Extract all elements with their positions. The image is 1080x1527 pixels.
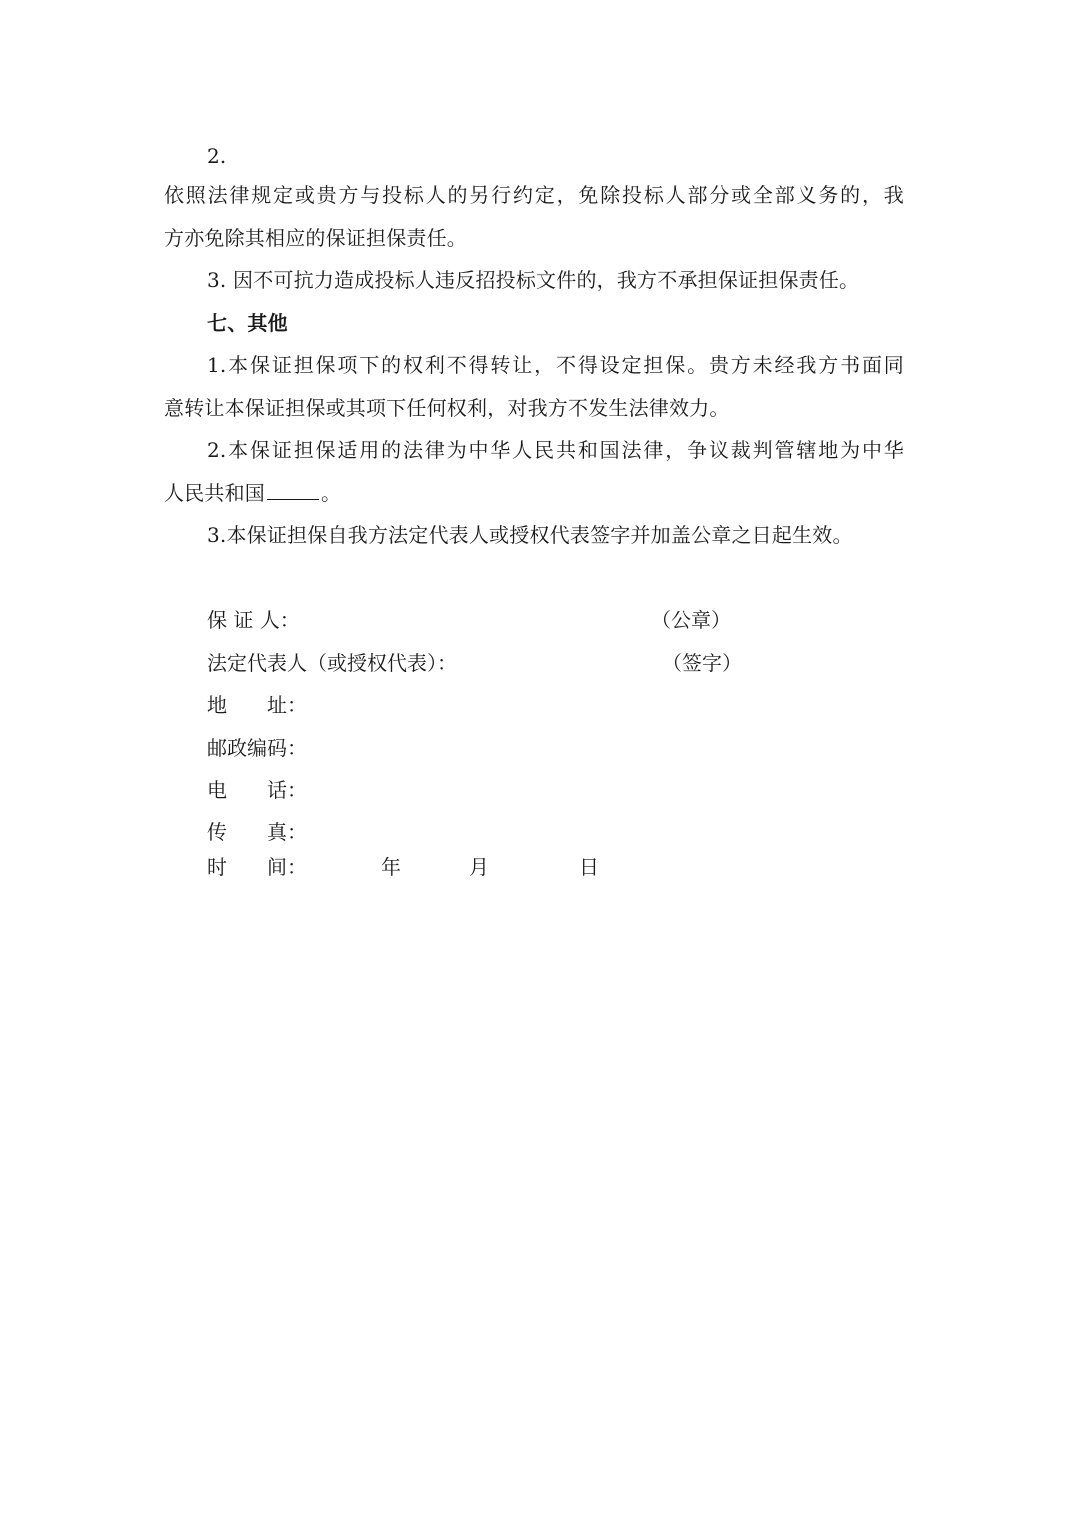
legal-rep-label: 法定代表人（或授权代表）：	[207, 651, 457, 675]
fax-label: 传 真：	[207, 820, 307, 844]
date-label: 时 间：	[207, 855, 307, 879]
paragraph-line: 依照法律规定或贵方与投标人的另行约定，免除投标人部分或全部义务的，我	[164, 183, 904, 207]
paragraph-line: 人民共和国。	[164, 481, 341, 505]
paragraph-line: 3. 因不可抗力造成投标人违反招投标文件的，我方不承担保证担保责任。	[207, 268, 859, 292]
paragraph-line: 3.本保证担保自我方法定代表人或授权代表签字并加盖公章之日起生效。	[207, 523, 853, 547]
clause-item-number: 2.	[207, 144, 226, 168]
text-fragment: 人民共和国	[164, 481, 265, 505]
date-year: 年	[381, 855, 401, 879]
signature-note: （签字）	[662, 651, 742, 675]
paragraph-line: 意转让本保证担保或其项下任何权利，对我方不发生法律效力。	[164, 396, 730, 420]
fill-in-blank	[267, 481, 319, 500]
section-heading: 七、其他	[207, 311, 288, 335]
postal-code-label: 邮政编码：	[207, 736, 307, 760]
date-day: 日	[579, 855, 599, 879]
paragraph-line: 1.本保证担保项下的权利不得转让，不得设定担保。贵方未经我方书面同	[207, 353, 904, 377]
phone-label: 电 话：	[207, 778, 307, 802]
paragraph-line: 2.本保证担保适用的法律为中华人民共和国法律，争议裁判管辖地为中华	[207, 438, 904, 462]
guarantor-label: 保 证 人：	[207, 608, 300, 632]
document-page: 2. 依照法律规定或贵方与投标人的另行约定，免除投标人部分或全部义务的，我 方亦…	[0, 0, 1080, 1527]
text-fragment: 。	[321, 481, 341, 505]
date-month: 月	[469, 855, 489, 879]
paragraph-line: 方亦免除其相应的保证担保责任。	[164, 226, 467, 250]
seal-note: （公章）	[651, 608, 731, 632]
address-label: 地 址：	[207, 693, 307, 717]
